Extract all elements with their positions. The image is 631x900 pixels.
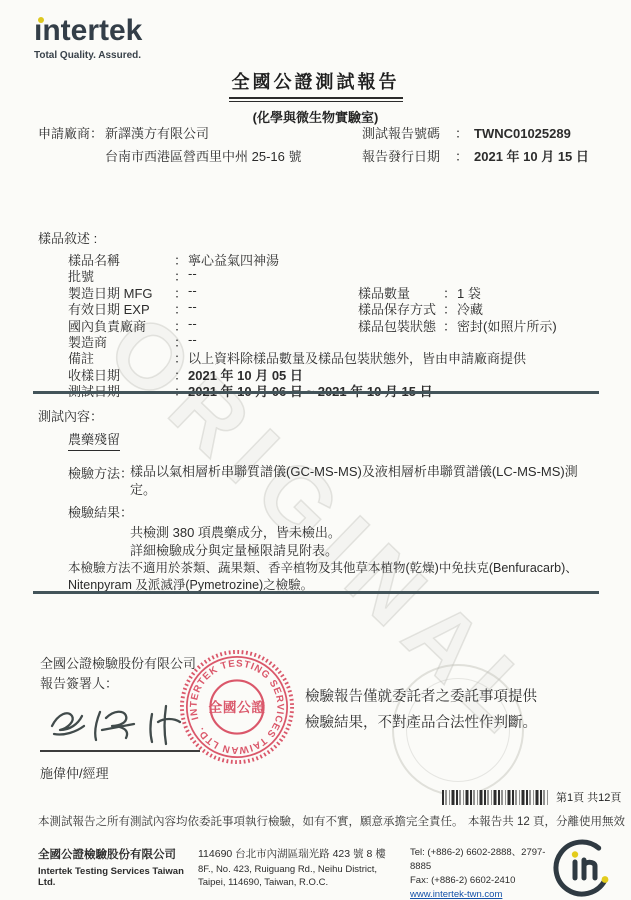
page-count-note: 本報告共 12 頁，分離使用無效 (468, 813, 625, 829)
sample-row: 製造商 ： -- (38, 332, 623, 348)
result-label: 檢驗結果： (68, 502, 133, 521)
signer-label: 報告簽署人： (40, 673, 118, 692)
certification-stamp-icon: INTERTEK TESTING SERVICES TAIWAN LTD. 全國… (178, 648, 296, 766)
row-value: -- (188, 299, 197, 314)
footer-address-zh: 114690 台北市內湖區瑞光路 423 號 8 樓 (198, 846, 410, 861)
footer-address-en: Taipei, 114690, Taiwan, R.O.C. (198, 876, 410, 889)
colon: ： (455, 122, 474, 145)
colon: ： (455, 145, 474, 168)
sample-row: 有效日期 EXP ： -- 樣品保存方式 ： 冷藏 (38, 299, 623, 315)
statement-line: 檢驗報告僅就委託者之委託事項提供 (305, 684, 605, 710)
footer-fax: Fax: (+886-2) 6602-2410 (410, 874, 560, 888)
sample-row: 樣品名稱 ： 寧心益氣四神湯 (38, 250, 623, 266)
barcode-row: 第1頁 共12頁 (442, 789, 621, 805)
footer-website-link[interactable]: www.intertek-twn.com (410, 889, 502, 900)
row-value: -- (188, 316, 197, 331)
sample-row: 備註 ： 以上資料除樣品數量及樣品包裝狀態外，皆由申請廠商提供 (38, 348, 623, 364)
divider-rule (33, 391, 599, 394)
method-text: 樣品以氣相層析串聯質譜儀(GC-MS-MS)及液相層析串聯質譜儀(LC-MS-M… (130, 463, 602, 499)
intertek-logo: ıntertek Total Quality. Assured. (34, 16, 142, 61)
report-number-label: 測試報告號碼 (362, 122, 455, 145)
logo-tagline: Total Quality. Assured. (34, 50, 142, 61)
sample-section-heading: 樣品敘述 : (38, 228, 623, 247)
applicant-name: 新譯漢方有限公司 (105, 122, 209, 145)
test-section-heading: 測試內容： (38, 406, 608, 425)
footer-company-en: Intertek Testing Services Taiwan Ltd. (38, 866, 198, 888)
sample-row: 測試日期 ： 2021 年 10 月 06 日 ~ 2021 年 10 月 15… (38, 381, 623, 397)
method-applicability-note: 本檢驗方法不適用於茶類、蔬果類、香辛植物及其他草本植物(乾燥)中免扶克(Benf… (68, 560, 602, 594)
statement-line: 檢驗結果，不對產品合法性作判斷。 (305, 710, 605, 736)
applicant-block: 申請廠商： 新譯漢方有限公司 台南市西港區營西里中州 25-16 號 (38, 122, 301, 168)
sample-row: 批號 ： -- (38, 266, 623, 282)
issue-date-label: 報告發行日期 (362, 145, 455, 168)
footer-address: 114690 台北市內湖區瑞光路 423 號 8 樓 8F., No. 423,… (198, 846, 410, 900)
footer-contact: Tel: (+886-2) 6602-2888、2797-8885 Fax: (… (410, 846, 560, 900)
footer-company: 全國公證檢驗股份有限公司 Intertek Testing Services T… (38, 846, 198, 900)
report-number-value: TWNC01025289 (474, 122, 571, 145)
applicant-label: 申請廠商： (38, 122, 105, 145)
report-title-block: 全國公證測試報告 (化學與微生物實驗室) (0, 68, 631, 126)
scope-statement: 檢驗報告僅就委託者之委託事項提供 檢驗結果，不對產品合法性作判斷。 (305, 684, 605, 736)
footer: 全國公證檢驗股份有限公司 Intertek Testing Services T… (38, 846, 548, 900)
footer-company-zh: 全國公證檢驗股份有限公司 (38, 846, 198, 862)
test-content-section: 測試內容： 農藥殘留 檢驗方法： 樣品以氣相層析串聯質譜儀(GC-MS-MS)及… (38, 406, 608, 425)
applicant-address: 台南市西港區營西里中州 25-16 號 (105, 145, 301, 168)
signer-name-title: 施偉仲/經理 (40, 763, 109, 782)
responsibility-statement: 本測試報告之所有測試內容均依委託事項執行檢驗，如有不實，願意承擔完全責任。 (38, 813, 464, 829)
signature-line (40, 750, 200, 752)
footer-address-en: 8F., No. 423, Ruiguang Rd., Neihu Distri… (198, 863, 410, 876)
intertek-in-roundel-icon (550, 836, 614, 900)
page-indicator: 第1頁 共12頁 (556, 789, 621, 805)
sample-row: 製造日期 MFG ： -- 樣品數量 ： 1 袋 (38, 283, 623, 299)
sample-row: 國內負責廠商 ： -- 樣品包裝狀態 ： 密封(如照片所示) (38, 316, 623, 332)
issue-date-value: 2021 年 10 月 15 日 (474, 145, 589, 168)
barcode-icon (442, 790, 548, 805)
row-value: -- (188, 332, 197, 347)
page-title: 全國公證測試報告 (229, 68, 403, 99)
row-value: -- (188, 283, 197, 298)
issuing-company: 全國公證檢驗股份有限公司 (40, 653, 196, 672)
row-value: -- (188, 266, 197, 281)
report-meta-block: 測試報告號碼 ： TWNC01025289 報告發行日期 ： 2021 年 10… (362, 122, 589, 168)
method-label: 檢驗方法： (68, 463, 133, 482)
yellow-dot-icon (38, 17, 44, 23)
footer-tel: Tel: (+886-2) 6602-2888、2797-8885 (410, 846, 560, 874)
divider-rule (33, 591, 599, 594)
sample-row: 收樣日期 ： 2021 年 10 月 05 日 (38, 365, 623, 381)
result-line: 詳細檢驗成分與定量極限請見附表。 (130, 540, 338, 559)
sample-description-section: 樣品敘述 : 樣品名稱 ： 寧心益氣四神湯 批號 ： -- 製造日期 MFG ：… (38, 228, 623, 398)
analyte-name: 農藥殘留 (68, 429, 120, 451)
intertek-wordmark: ıntertek (34, 16, 142, 46)
responsibility-row: 本測試報告之所有測試內容均依委託事項執行檢驗，如有不實，願意承擔完全責任。 本報… (38, 813, 625, 829)
stamp-center-text: 全國公證 (209, 699, 266, 715)
result-line: 共檢測 380 項農藥成分，皆未檢出。 (130, 522, 341, 541)
